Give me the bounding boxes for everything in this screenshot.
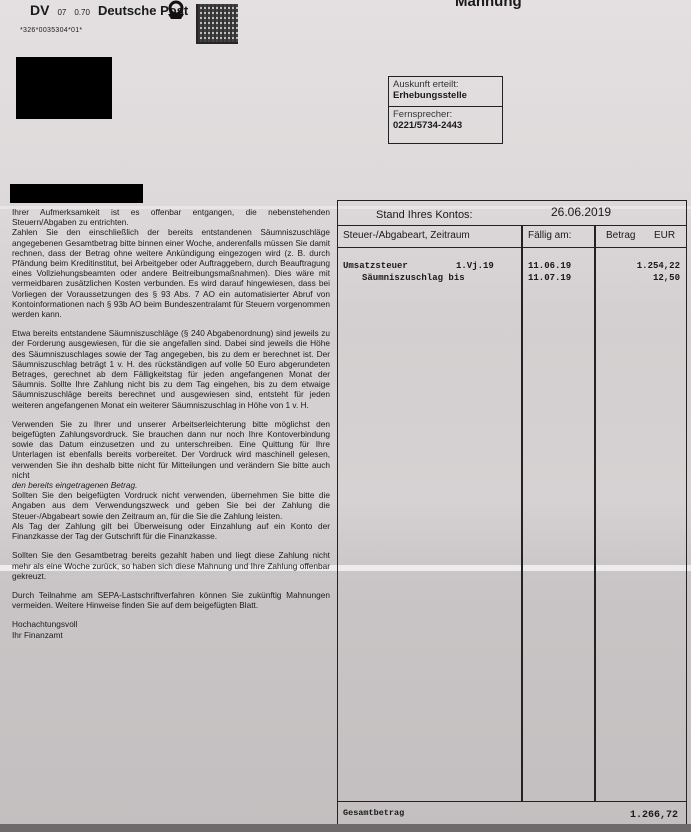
letter-body: Ihrer Aufmerksamkeit ist es offenbar ent… (12, 207, 330, 640)
letter-paragraph: den bereits eingetragenen Betrag. (12, 480, 330, 490)
entry-due: 11.06.19 (528, 261, 571, 271)
contact-info-label: Auskunft erteilt: (393, 79, 498, 90)
signature: Ihr Finanzamt (12, 630, 330, 640)
table-row: Umsatzsteuer 1.Vj.19 11.06.19 1.254,22 (338, 261, 686, 273)
contact-info-value: Erhebungsstelle (393, 90, 498, 101)
account-status-label: Stand Ihres Kontos: (376, 209, 473, 221)
franking-code: DV (30, 2, 49, 18)
entry-amount: 1.254,22 (637, 261, 680, 271)
entry-type: Säumniszuschlag bis (362, 273, 465, 283)
letter-paragraph: Etwa bereits entstandene Säumniszuschläg… (12, 328, 330, 410)
entry-period: 1.Vj.19 (456, 261, 494, 271)
column-divider (521, 225, 523, 801)
letter-paragraph: Durch Teilnahme am SEPA-Lastschriftverfa… (12, 590, 330, 610)
column-header-type: Steuer-/Abgabeart, Zeitraum (343, 230, 470, 241)
total-label: Gesamtbetrag (343, 808, 404, 818)
letter-paragraph: Sollten Sie den beigefügten Vordruck nic… (12, 490, 330, 521)
account-status-date: 26.06.2019 (551, 205, 611, 219)
redacted-salutation (10, 184, 143, 203)
account-column-headers: Steuer-/Abgabeart, Zeitraum Fällig am: B… (338, 225, 686, 248)
column-header-due: Fällig am: (528, 230, 571, 241)
letter-paragraph: Zahlen Sie den einschließlich der bereit… (12, 227, 330, 319)
closing: Hochachtungsvoll (12, 619, 330, 629)
letter-paragraph: Verwenden Sie zu Ihrer und unserer Arbei… (12, 419, 330, 480)
account-entries: Umsatzsteuer 1.Vj.19 11.06.19 1.254,22 S… (338, 261, 686, 285)
contact-box: Auskunft erteilt: Erhebungsstelle Fernsp… (388, 76, 503, 144)
phone-value: 0221/5734-2443 (393, 120, 498, 131)
column-divider (594, 225, 596, 801)
franking-num2: 0.70 (74, 8, 90, 17)
document-title: Mahnung (455, 0, 522, 10)
column-header-currency: EUR (654, 230, 675, 241)
column-header-amount: Betrag (606, 230, 635, 241)
letter-paragraph: Als Tag der Zahlung gilt bei Überweisung… (12, 521, 330, 541)
letter-paragraph: Ihrer Aufmerksamkeit ist es offenbar ent… (12, 207, 330, 227)
redacted-address (16, 57, 112, 119)
account-table: Stand Ihres Kontos: 26.06.2019 Steuer-/A… (337, 200, 687, 825)
entry-amount: 12,50 (653, 273, 680, 283)
total-value: 1.266,72 (630, 810, 678, 821)
letter-paper: DV 07 0.70 Deutsche Post *326*0035304*01… (0, 0, 691, 832)
datamatrix-code (196, 4, 238, 44)
franking-num1: 07 (57, 8, 66, 17)
table-row: Säumniszuschlag bis 11.07.19 12,50 (338, 273, 686, 285)
letter-paragraph: Sollten Sie den Gesamtbetrag bereits gez… (12, 550, 330, 581)
phone-label: Fernsprecher: (393, 109, 498, 120)
entry-type: Umsatzsteuer (343, 261, 408, 271)
background-surface (0, 824, 691, 832)
entry-due: 11.07.19 (528, 273, 571, 283)
post-horn-icon (165, 0, 187, 20)
account-status-header: Stand Ihres Kontos: 26.06.2019 (338, 201, 686, 226)
barcode-text: *326*0035304*01* (20, 27, 82, 34)
total-row: Gesamtbetrag 1.266,72 (338, 801, 686, 824)
